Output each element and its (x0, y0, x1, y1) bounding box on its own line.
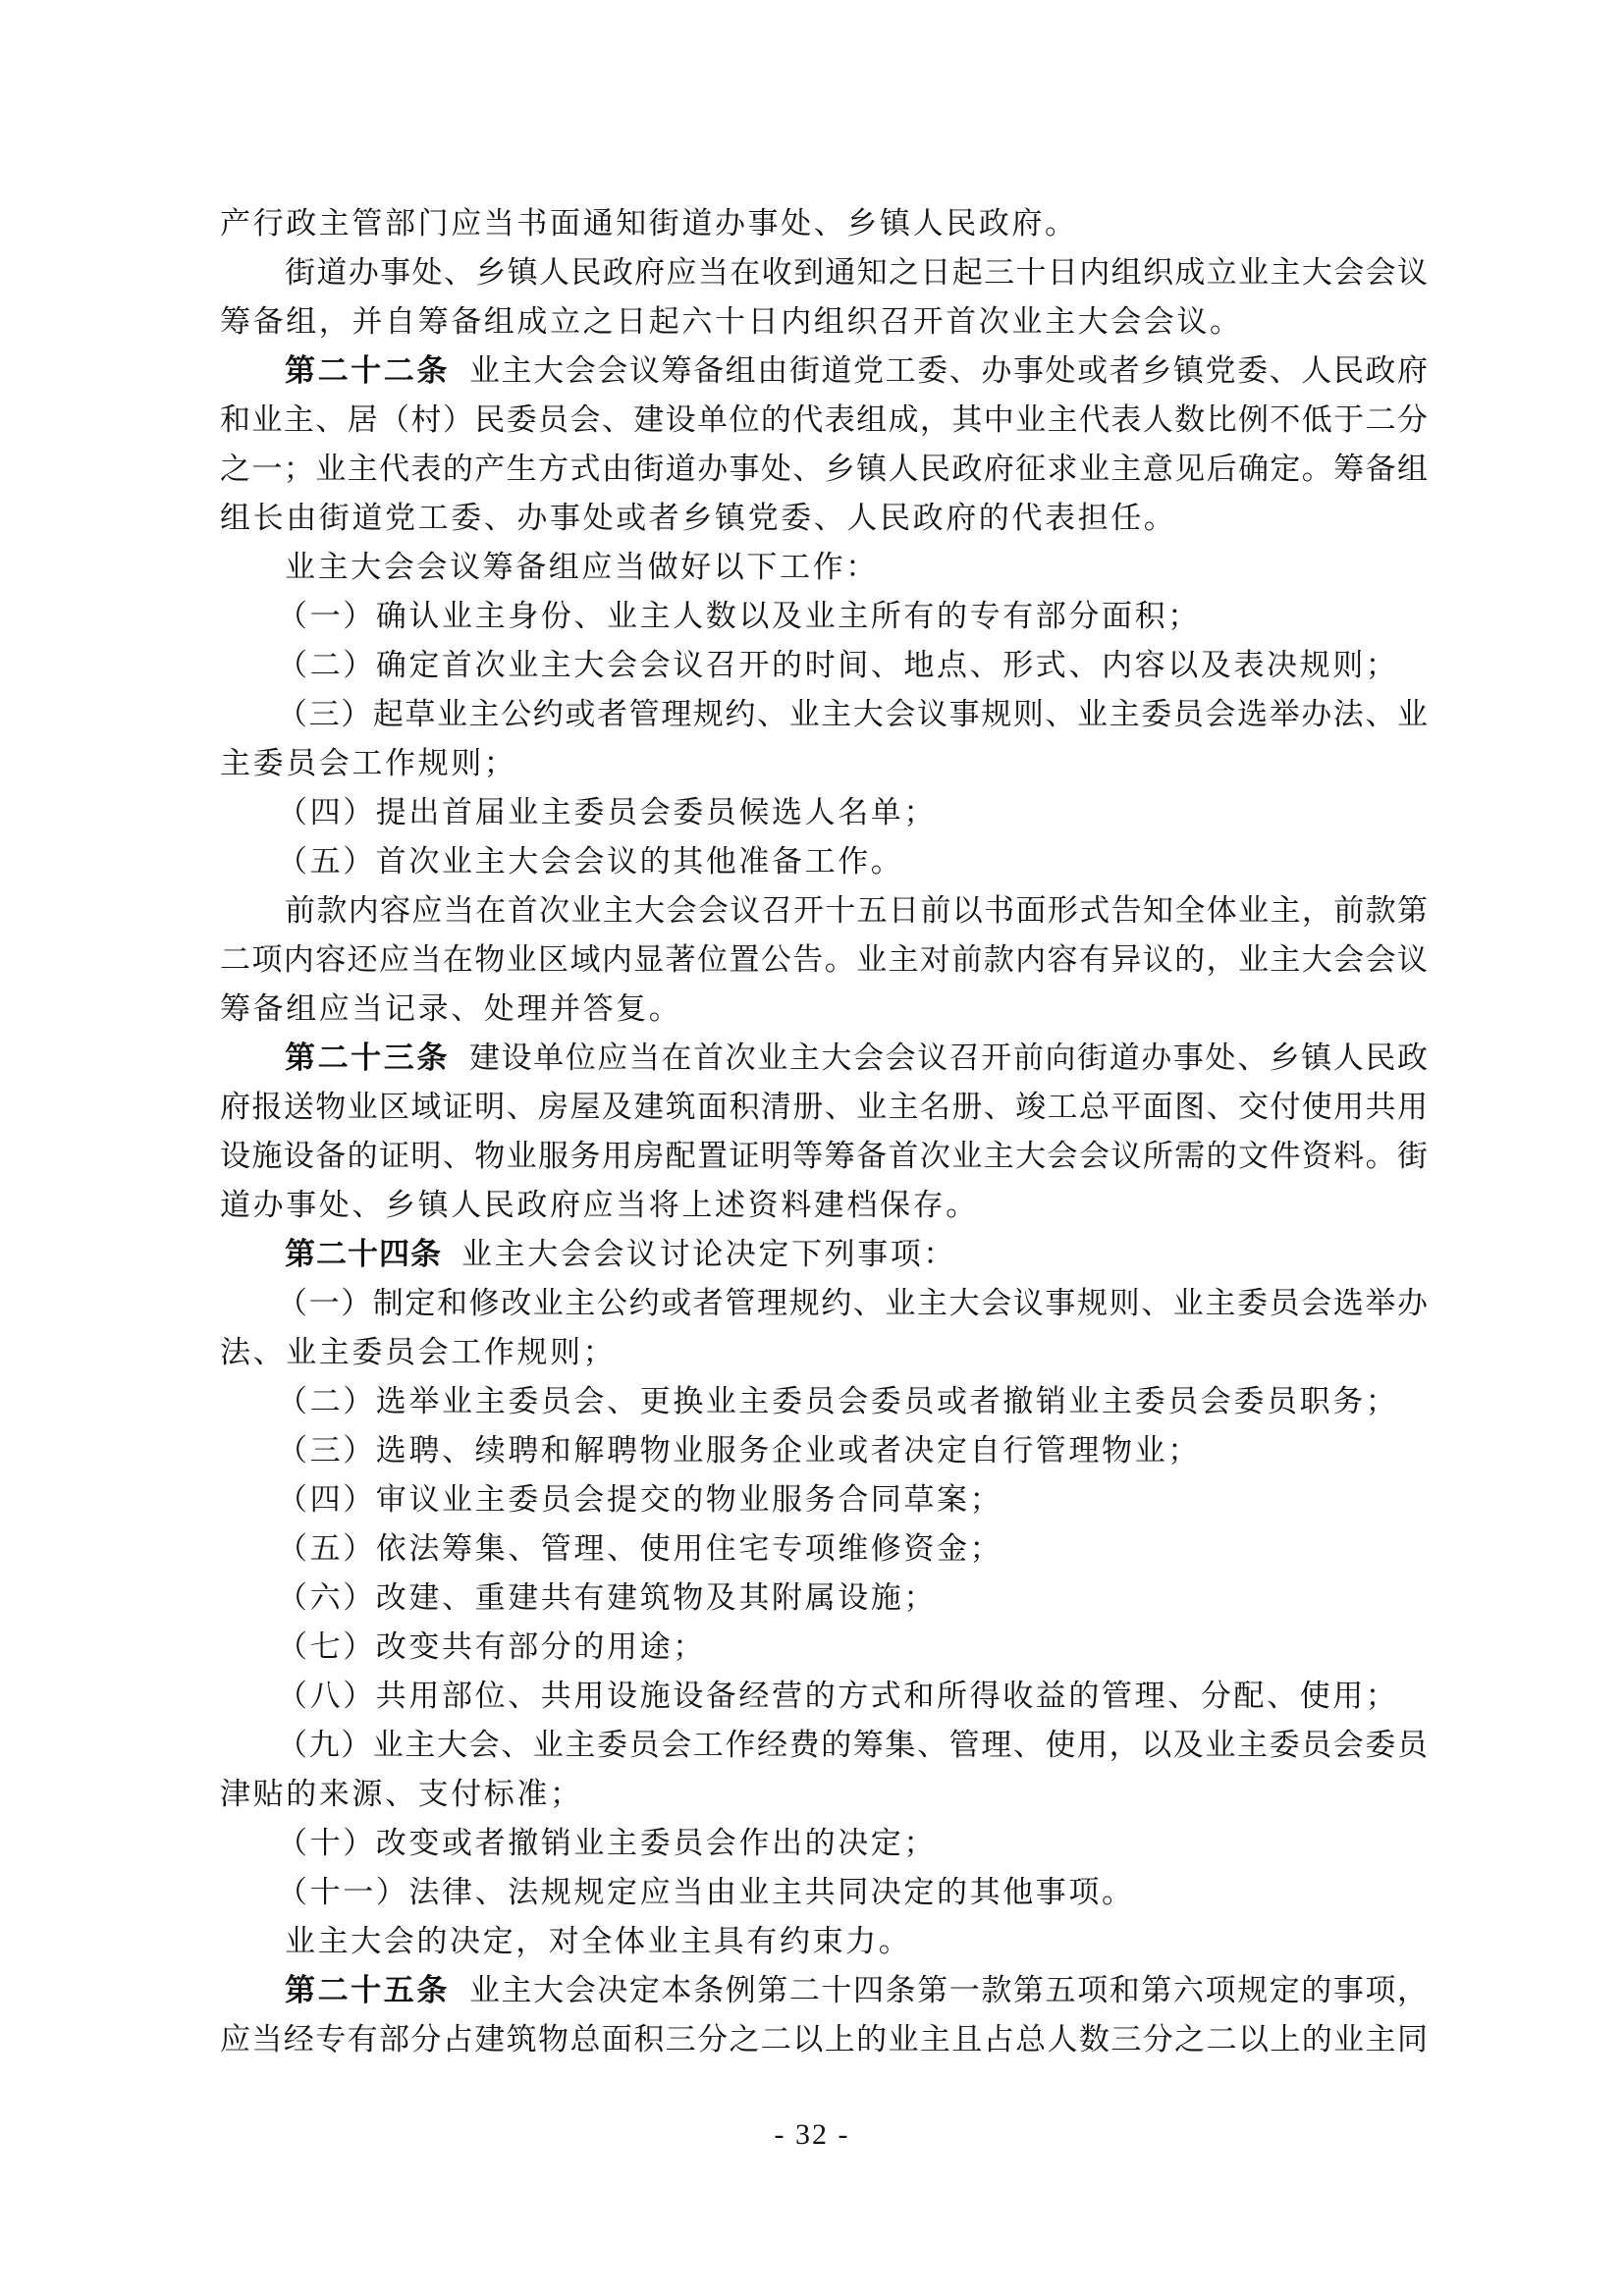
text-line: 组长由街道党工委、办事处或者乡镇党委、人民政府的代表担任。 (220, 494, 1428, 543)
article-line: 第二十二条业主大会会议筹备组由街道党工委、办事处或者乡镇党委、人民政府 (220, 347, 1428, 396)
line-text: （三）选聘、续聘和解聘物业服务企业或者决定自行管理物业； (277, 1433, 1201, 1468)
article-line: 第二十五条业主大会决定本条例第二十四条第一款第五项和第六项规定的事项， (220, 1966, 1428, 2015)
line-text: （八）共用部位、共用设施设备经营的方式和所得收益的管理、分配、使用； (277, 1679, 1398, 1714)
article-line: 第二十三条建设单位应当在首次业主大会会议召开前向街道办事处、乡镇人民政 (220, 1034, 1428, 1083)
line-text: 设施设备的证明、物业服务用房配置证明等筹备首次业主大会会议所需的文件资料。街 (220, 1139, 1428, 1174)
list-item-line: （四）审议业主委员会提交的物业服务合同草案； (220, 1475, 1428, 1524)
text-line: 和业主、居（村）民委员会、建设单位的代表组成，其中业主代表人数比例不低于二分 (220, 396, 1428, 445)
line-text: 组长由街道党工委、办事处或者乡镇党委、人民政府的代表担任。 (220, 501, 1176, 536)
line-text: （五）首次业主大会会议的其他准备工作。 (277, 844, 903, 880)
line-text: （四）审议业主委员会提交的物业服务合同草案； (277, 1482, 1002, 1518)
text-line: 府报送物业区域证明、房屋及建筑面积清册、业主名册、竣工总平面图、交付使用共用 (220, 1083, 1428, 1132)
line-text: （三）起草业主公约或者管理规约、业主大会议事规则、业主委员会选举办法、业 (277, 697, 1428, 732)
line-text: （二）选举业主委员会、更换业主委员会委员或者撤销业主委员会委员职务； (277, 1384, 1398, 1419)
line-text: （一）确认业主身份、业主人数以及业主所有的专有部分面积； (277, 599, 1201, 634)
line-text: 业主大会决定本条例第二十四条第一款第五项和第六项规定的事项， (469, 1973, 1428, 2008)
line-text: 府报送物业区域证明、房屋及建筑面积清册、业主名册、竣工总平面图、交付使用共用 (220, 1090, 1428, 1125)
text-line: 道办事处、乡镇人民政府应当将上述资料建档保存。 (220, 1181, 1428, 1230)
list-item-line: （八）共用部位、共用设施设备经营的方式和所得收益的管理、分配、使用； (220, 1672, 1428, 1721)
list-item-line: （六）改建、重建共有建筑物及其附属设施； (220, 1574, 1428, 1623)
text-line: 应当经专有部分占建筑物总面积三分之二以上的业主且占总人数三分之二以上的业主同 (220, 2015, 1428, 2064)
line-text: 之一；业主代表的产生方式由街道办事处、乡镇人民政府征求业主意见后确定。筹备组 (220, 452, 1428, 487)
list-item-line: （二）确定首次业主大会会议召开的时间、地点、形式、内容以及表决规则； (220, 641, 1428, 690)
text-line: 二项内容还应当在物业区域内显著位置公告。业主对前款内容有异议的，业主大会会议 (220, 935, 1428, 985)
text-line: 津贴的来源、支付标准； (220, 1770, 1428, 1819)
body-text: 产行政主管部门应当书面通知街道办事处、乡镇人民政府。街道办事处、乡镇人民政府应当… (220, 199, 1428, 2064)
line-text: （九）业主大会、业主委员会工作经费的筹集、管理、使用，以及业主委员会委员 (277, 1728, 1428, 1763)
text-line: 筹备组应当记录、处理并答复。 (220, 985, 1428, 1034)
line-text: 业主大会的决定，对全体业主具有约束力。 (285, 1924, 911, 1959)
line-text: 法、业主委员会工作规则； (220, 1335, 616, 1370)
text-line: 街道办事处、乡镇人民政府应当在收到通知之日起三十日内组织成立业主大会会议 (220, 248, 1428, 297)
text-line: 业主大会的决定，对全体业主具有约束力。 (220, 1917, 1428, 1966)
line-text: 筹备组应当记录、处理并答复。 (220, 991, 681, 1027)
line-text: 应当经专有部分占建筑物总面积三分之二以上的业主且占总人数三分之二以上的业主同 (220, 2022, 1428, 2057)
line-text: 道办事处、乡镇人民政府应当将上述资料建档保存。 (220, 1188, 979, 1223)
line-text: （四）提出首届业主委员会委员候选人名单； (277, 795, 937, 830)
text-line: 法、业主委员会工作规则； (220, 1328, 1428, 1377)
text-line: 设施设备的证明、物业服务用房配置证明等筹备首次业主大会会议所需的文件资料。街 (220, 1132, 1428, 1181)
line-text: （十）改变或者撤销业主委员会作出的决定； (277, 1826, 937, 1861)
list-item-line: （七）改变共有部分的用途； (220, 1623, 1428, 1672)
article-line: 第二十四条业主大会会议讨论决定下列事项： (220, 1230, 1428, 1279)
line-text: 津贴的来源、支付标准； (220, 1777, 583, 1812)
text-line: 主委员会工作规则； (220, 739, 1428, 788)
line-text: 主委员会工作规则； (220, 746, 516, 781)
text-line: 筹备组，并自筹备组成立之日起六十日内组织召开首次业主大会会议。 (220, 297, 1428, 347)
line-text: 业主大会会议筹备组由街道党工委、办事处或者乡镇党委、人民政府 (469, 353, 1428, 389)
text-line: 前款内容应当在首次业主大会会议召开十五日前以书面形式告知全体业主，前款第 (220, 886, 1428, 935)
article-number: 第二十五条 (285, 1973, 450, 2008)
article-number: 第二十四条 (285, 1237, 442, 1272)
line-text: （六）改建、重建共有建筑物及其附属设施； (277, 1580, 937, 1616)
line-text: 业主大会会议讨论决定下列事项： (461, 1237, 956, 1272)
list-item-line: （三）选聘、续聘和解聘物业服务企业或者决定自行管理物业； (220, 1426, 1428, 1475)
list-item-line: （五）首次业主大会会议的其他准备工作。 (220, 837, 1428, 886)
line-text: 和业主、居（村）民委员会、建设单位的代表组成，其中业主代表人数比例不低于二分 (220, 402, 1428, 438)
article-number: 第二十三条 (285, 1041, 450, 1076)
article-number: 第二十二条 (285, 353, 450, 389)
text-line: 产行政主管部门应当书面通知街道办事处、乡镇人民政府。 (220, 199, 1428, 248)
list-item-line: （九）业主大会、业主委员会工作经费的筹集、管理、使用，以及业主委员会委员 (220, 1721, 1428, 1770)
list-item-line: （十一）法律、法规规定应当由业主共同决定的其他事项。 (220, 1868, 1428, 1917)
line-text: （五）依法筹集、管理、使用住宅专项维修资金； (277, 1531, 1002, 1567)
list-item-line: （二）选举业主委员会、更换业主委员会委员或者撤销业主委员会委员职务； (220, 1377, 1428, 1426)
list-item-line: （一）制定和修改业主公约或者管理规约、业主大会议事规则、业主委员会选举办 (220, 1279, 1428, 1328)
page-number: - 32 - (0, 2118, 1624, 2152)
line-text: 业主大会会议筹备组应当做好以下工作： (285, 550, 879, 585)
line-text: 二项内容还应当在物业区域内显著位置公告。业主对前款内容有异议的，业主大会会议 (220, 942, 1428, 978)
line-text: 建设单位应当在首次业主大会会议召开前向街道办事处、乡镇人民政 (469, 1041, 1428, 1076)
list-item-line: （四）提出首届业主委员会委员候选人名单； (220, 788, 1428, 837)
list-item-line: （十）改变或者撤销业主委员会作出的决定； (220, 1819, 1428, 1868)
list-item-line: （五）依法筹集、管理、使用住宅专项维修资金； (220, 1524, 1428, 1574)
list-item-line: （三）起草业主公约或者管理规约、业主大会议事规则、业主委员会选举办法、业 (220, 690, 1428, 739)
line-text: 产行政主管部门应当书面通知街道办事处、乡镇人民政府。 (220, 206, 1078, 241)
line-text: 筹备组，并自筹备组成立之日起六十日内组织召开首次业主大会会议。 (220, 304, 1243, 340)
list-item-line: （一）确认业主身份、业主人数以及业主所有的专有部分面积； (220, 592, 1428, 641)
text-line: 之一；业主代表的产生方式由街道办事处、乡镇人民政府征求业主意见后确定。筹备组 (220, 445, 1428, 494)
line-text: （十一）法律、法规规定应当由业主共同决定的其他事项。 (277, 1875, 1135, 1910)
document-page: 产行政主管部门应当书面通知街道办事处、乡镇人民政府。街道办事处、乡镇人民政府应当… (0, 0, 1624, 2296)
line-text: （二）确定首次业主大会会议召开的时间、地点、形式、内容以及表决规则； (277, 648, 1398, 683)
line-text: 前款内容应当在首次业主大会会议召开十五日前以书面形式告知全体业主，前款第 (285, 893, 1428, 929)
text-line: 业主大会会议筹备组应当做好以下工作： (220, 543, 1428, 592)
line-text: （七）改变共有部分的用途； (277, 1629, 706, 1665)
line-text: （一）制定和修改业主公约或者管理规约、业主大会议事规则、业主委员会选举办 (277, 1286, 1428, 1321)
line-text: 街道办事处、乡镇人民政府应当在收到通知之日起三十日内组织成立业主大会会议 (285, 255, 1428, 291)
